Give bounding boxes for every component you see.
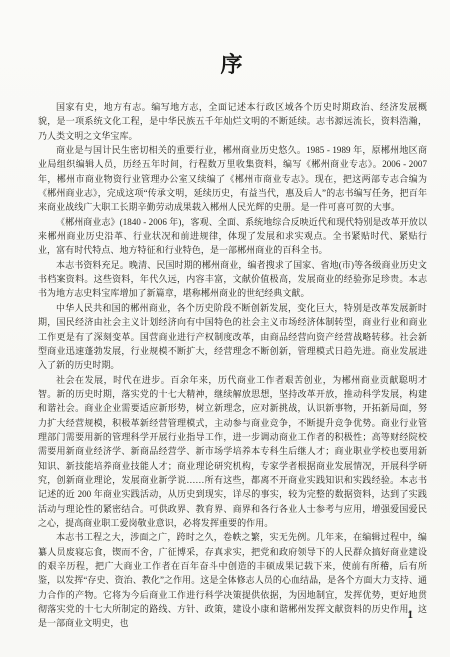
page-title: 序 [38, 50, 427, 80]
paragraph-6: 社会在发展，时代在进步。百余年来，历代商业工作者艰苦创业，为郴州商业贡献聪明才智… [38, 373, 427, 531]
page-number: 1 [408, 609, 414, 621]
document-body: 国家有史，地方有志。编写地方志，全面记述本行政区域各个历史时期政治、经济发展概貌… [38, 100, 427, 631]
paragraph-4: 本志书资料充足。晚清、民国时期的郴州商业，编者搜求了国家、省地(市)等各级商业历… [38, 258, 427, 301]
paragraph-7: 本志书工程之大，涉面之广，跨时之久，卷帙之繁，实无先例。几年来，在编辑过程中，编… [38, 530, 427, 630]
paragraph-3: 《郴州商业志》(1840 - 2006 年)，客观、全面、系统地综合反映近代和现… [38, 215, 427, 258]
document-page: 序 国家有史，地方有志。编写地方志，全面记述本行政区域各个历史时期政治、经济发展… [0, 0, 450, 657]
paragraph-1: 国家有史，地方有志。编写地方志，全面记述本行政区域各个历史时期政治、经济发展概貌… [38, 100, 427, 143]
paragraph-2: 商业是与国计民生密切相关的重要行业，郴州商业历史悠久。1985 - 1989 年… [38, 143, 427, 215]
paragraph-5: 中华人民共和国的郴州商业，各个历史阶段不断创新发展，变化巨大，特别是改革发展新时… [38, 301, 427, 373]
